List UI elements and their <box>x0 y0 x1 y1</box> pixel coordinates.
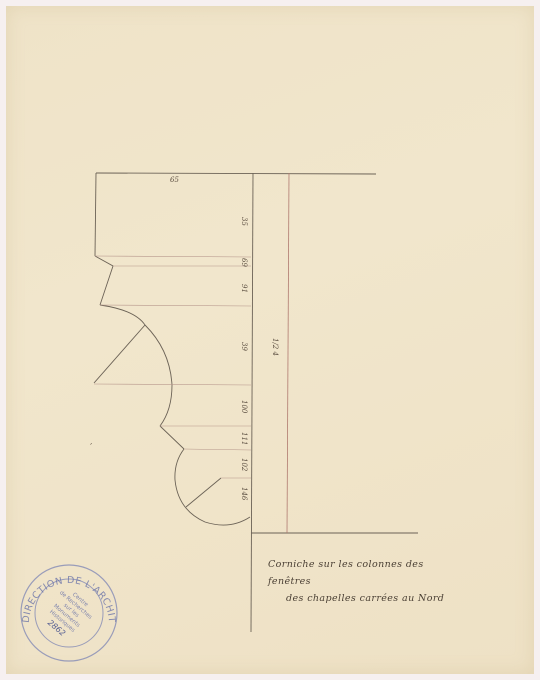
dim-3: 91 <box>240 284 248 293</box>
caption-line-2: des chapelles carrées au Nord <box>268 590 458 607</box>
dim-8: 146 <box>240 487 248 501</box>
axis-line <box>251 173 253 632</box>
dim-1: 35 <box>240 217 248 226</box>
dim-7: 102 <box>240 458 248 472</box>
archive-stamp: DIRECTION DE L'ARCHITECTURE Centre de Re… <box>17 561 121 665</box>
dim-5: 100 <box>240 400 248 414</box>
dim-total: 1/2 4 <box>271 338 279 356</box>
stray-mark: , <box>90 438 92 446</box>
drawing-caption: Corniche sur les colonnes des fenêtres d… <box>268 556 458 607</box>
fascia-left-edge <box>95 173 96 256</box>
caption-line-1: Corniche sur les colonnes des fenêtres <box>268 556 458 590</box>
dim-6: 111 <box>240 432 248 445</box>
ovolo-arc <box>100 305 172 426</box>
dim-2: 69 <box>240 258 248 267</box>
dim-top: 65 <box>170 176 179 184</box>
torus-arc <box>175 449 250 525</box>
profile-bevel <box>95 256 113 305</box>
top-line <box>96 173 376 174</box>
dim-4: 39 <box>240 342 248 351</box>
